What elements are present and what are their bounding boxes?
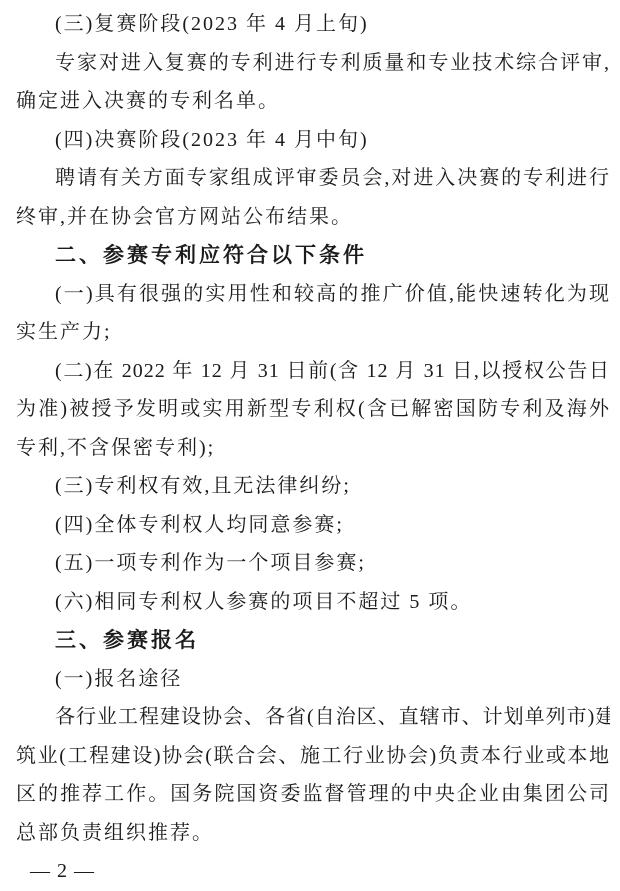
section-heading: 二、参赛专利应符合以下条件 xyxy=(16,236,610,275)
text-line: (三)专利权有效,且无法律纠纷; xyxy=(16,467,610,506)
text-line: 专利,不含保密专利); xyxy=(16,429,610,468)
text-line: 聘请有关方面专家组成评审委员会,对进入决赛的专利进行 xyxy=(16,159,610,198)
text-line: 为准)被授予发明或实用新型专利权(含已解密国防专利及海外 xyxy=(16,390,610,429)
page-number: — 2 — xyxy=(16,852,610,891)
text-line: 总部负责组织推荐。 xyxy=(16,814,610,853)
text-line: (五)一项专利作为一个项目参赛; xyxy=(16,544,610,583)
text-line: (六)相同专利权人参赛的项目不超过 5 项。 xyxy=(16,583,610,622)
text-line: 实生产力; xyxy=(16,313,610,352)
text-line: (一)具有很强的实用性和较高的推广价值,能快速转化为现 xyxy=(16,275,610,314)
text-line: (三)复赛阶段(2023 年 4 月上旬) xyxy=(16,5,610,44)
text-line: 专家对进入复赛的专利进行专利质量和专业技术综合评审, xyxy=(16,44,610,83)
text-line: 确定进入决赛的专利名单。 xyxy=(16,82,610,121)
document-page: (三)复赛阶段(2023 年 4 月上旬) 专家对进入复赛的专利进行专利质量和专… xyxy=(0,0,620,891)
text-line: (二)在 2022 年 12 月 31 日前(含 12 月 31 日,以授权公告… xyxy=(16,352,610,391)
text-line: 筑业(工程建设)协会(联合会、施工行业协会)负责本行业或本地 xyxy=(16,737,610,776)
text-line: (四)全体专利权人均同意参赛; xyxy=(16,506,610,545)
section-heading: 三、参赛报名 xyxy=(16,621,610,660)
text-line: 终审,并在协会官方网站公布结果。 xyxy=(16,198,610,237)
text-line: 各行业工程建设协会、各省(自治区、直辖市、计划单列市)建 xyxy=(16,698,610,737)
text-line: (四)决赛阶段(2023 年 4 月中旬) xyxy=(16,121,610,160)
text-line: (一)报名途径 xyxy=(16,660,610,699)
text-line: 区的推荐工作。国务院国资委监督管理的中央企业由集团公司 xyxy=(16,775,610,814)
